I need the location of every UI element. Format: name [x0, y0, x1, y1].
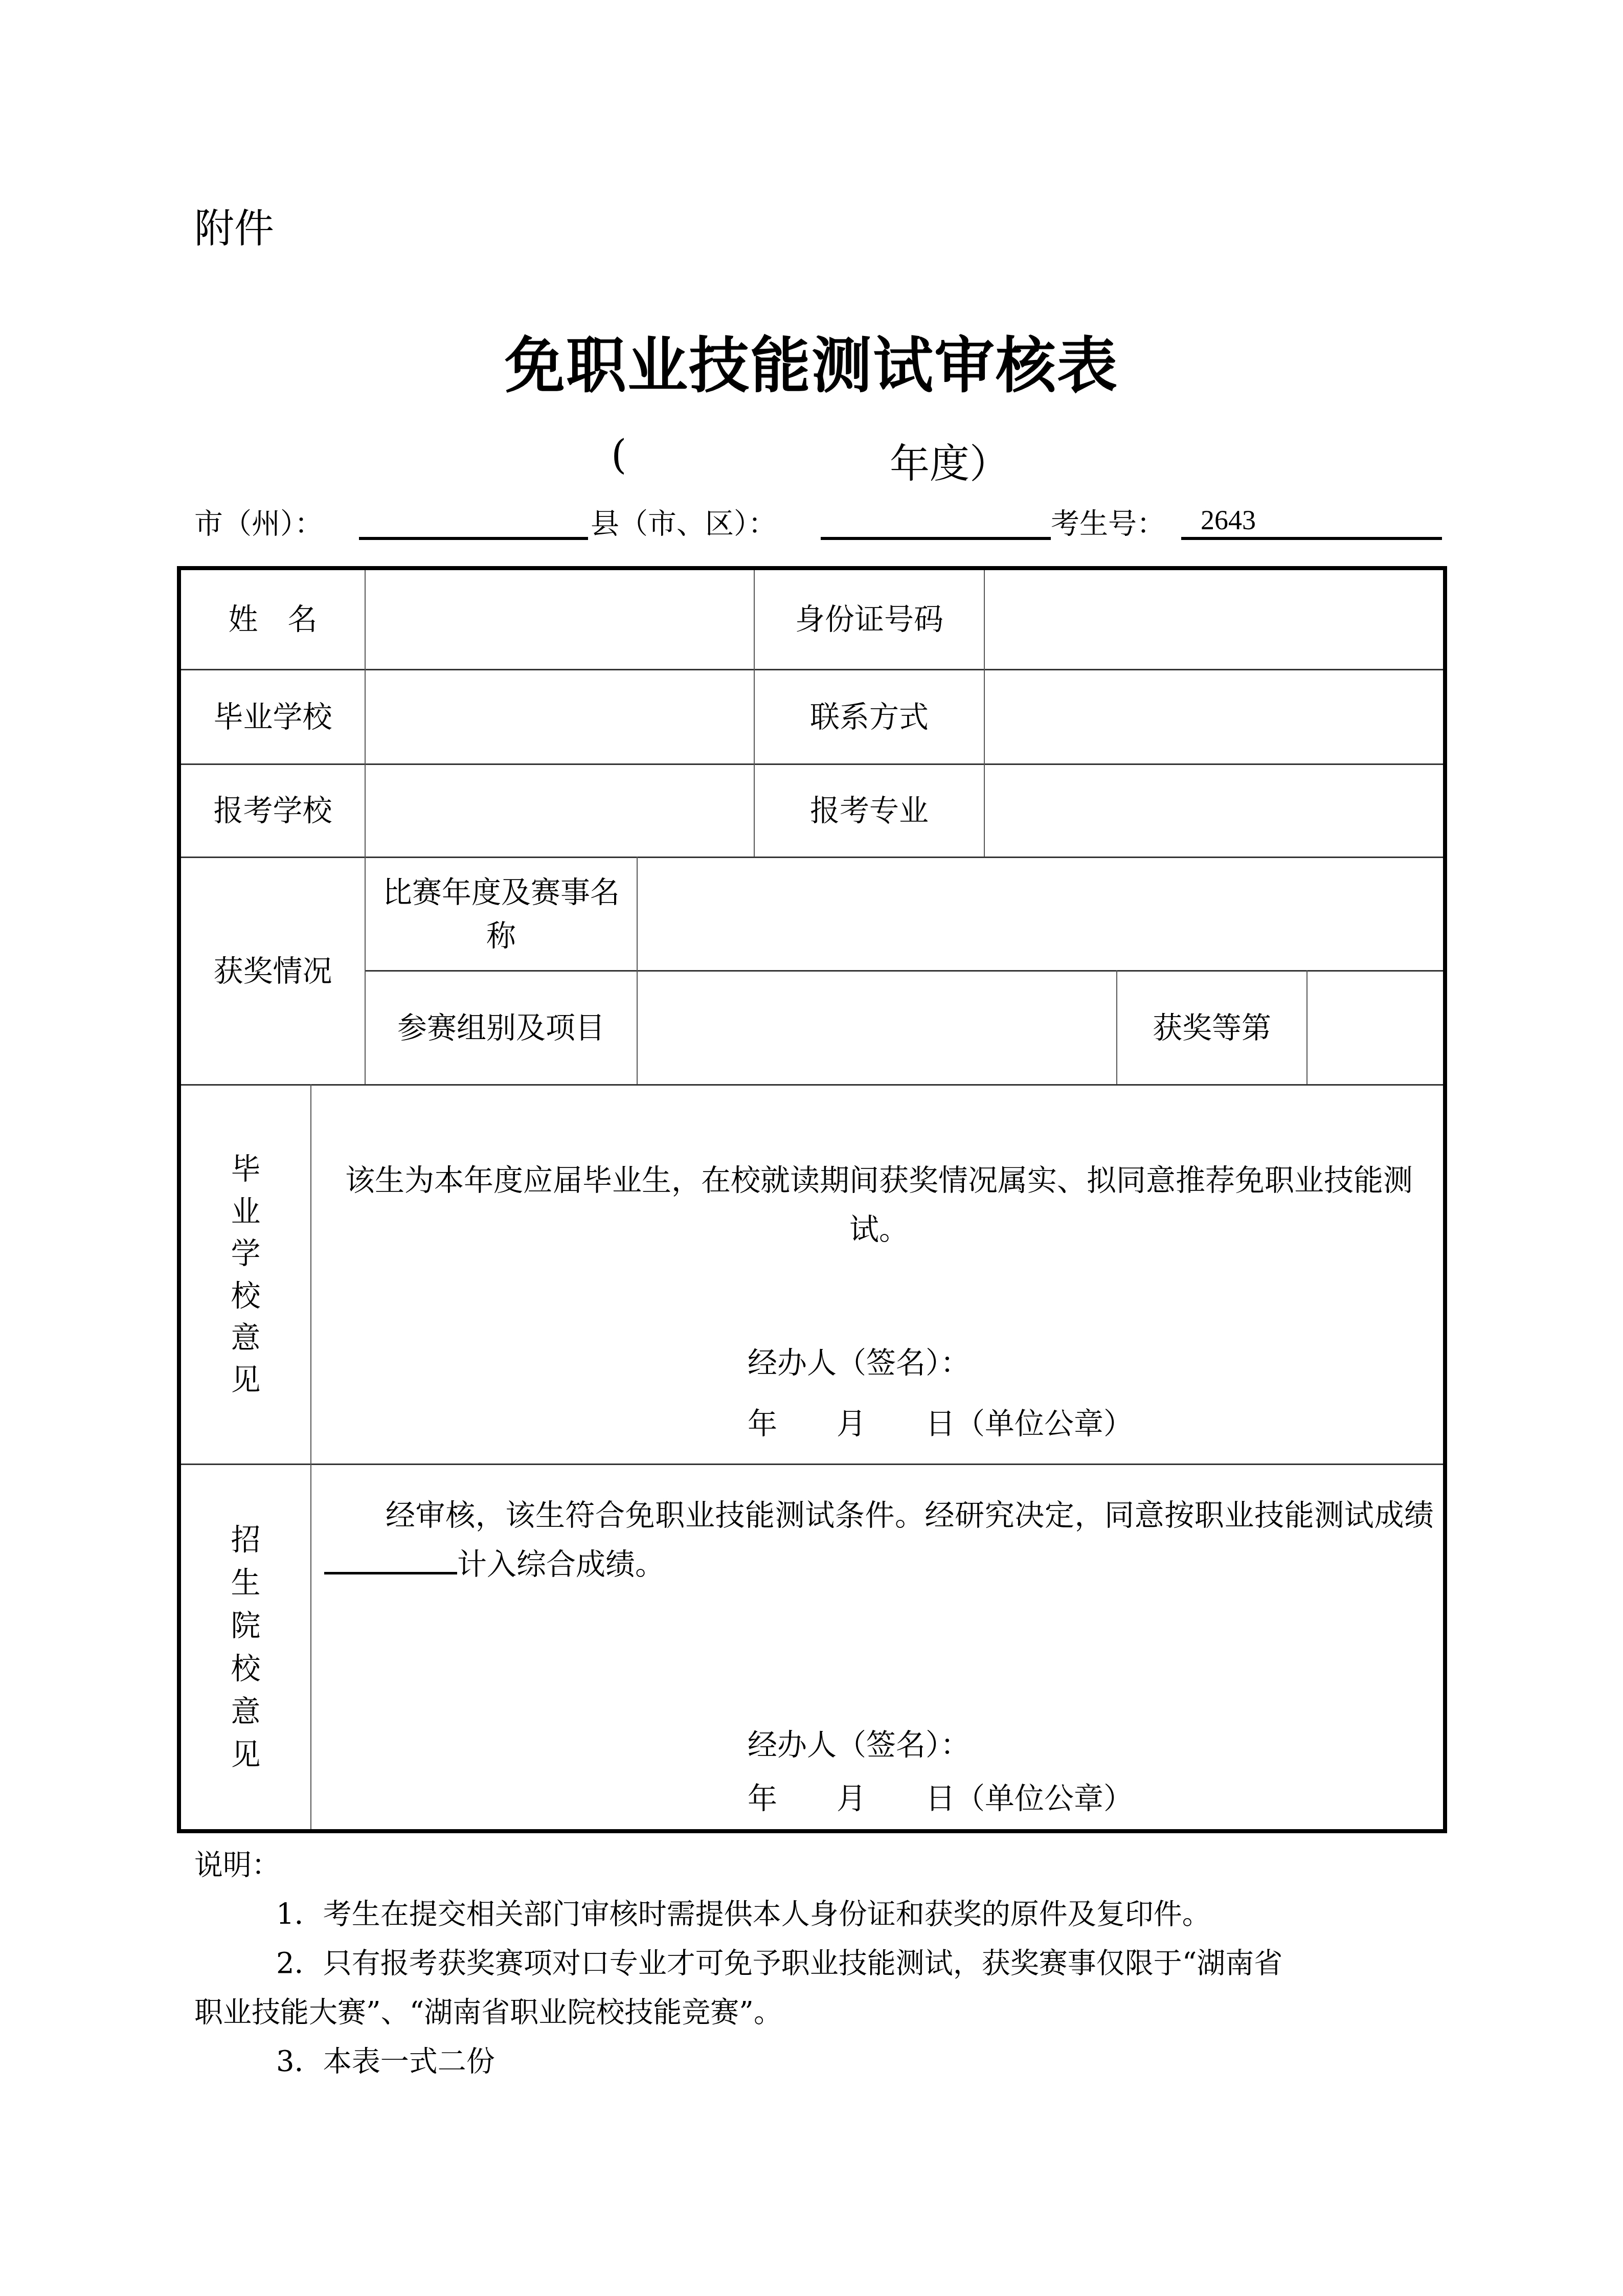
label-char: 生	[231, 1561, 260, 1604]
college-date-line: 年 月 日（单位公章）	[748, 1774, 1133, 1817]
school-date-line: 年 月 日（单位公章）	[748, 1400, 1133, 1443]
notes-section: 说明： 1．考生在提交相关部门审核时需提供本人身份证和获奖的原件及复印件。 2．…	[194, 1841, 1282, 2086]
id-number-input[interactable]	[985, 570, 1443, 669]
label-char: 校	[231, 1275, 260, 1317]
label-char: 学	[231, 1232, 260, 1274]
col-divider	[310, 1084, 311, 1829]
contact-label: 联系方式	[755, 670, 984, 763]
label-char: 意	[231, 1317, 260, 1359]
school-opinion-label: 毕 业 学 校 意 见	[181, 1086, 310, 1464]
competition-input[interactable]	[638, 858, 1443, 970]
id-number-label: 身份证号码	[755, 570, 984, 669]
score-blank[interactable]	[324, 1543, 457, 1574]
page-title: 免职业技能测试审核表	[0, 317, 1623, 404]
graduation-school-input[interactable]	[366, 670, 754, 763]
county-label: 县（市、区）：	[591, 506, 777, 542]
name-input[interactable]	[366, 570, 754, 669]
school-opinion-text: 该生为本年度应届毕业生，在校就读期间获奖情况属实、拟同意推荐免职业技能测试。	[324, 1156, 1434, 1254]
name-label: 姓 名	[181, 570, 365, 669]
label-char: 意	[231, 1690, 260, 1733]
exam-no-field[interactable]: 2643	[1181, 537, 1442, 540]
applied-major-label: 报考专业	[755, 765, 984, 857]
award-section-label: 获奖情况	[181, 858, 365, 1084]
award-rank-input[interactable]	[1308, 972, 1443, 1084]
award-rank-label: 获奖等第	[1117, 972, 1306, 1084]
label-char: 院	[231, 1604, 260, 1647]
college-opinion-text-part2: 计入综合成绩。	[457, 1547, 665, 1582]
note-item-continuation: 职业技能大赛”、“湖南省职业院校技能竞赛”。	[194, 1988, 1282, 2037]
label-char: 招	[231, 1518, 260, 1561]
label-char: 毕	[231, 1148, 260, 1190]
year-label: 年度）	[890, 432, 1009, 489]
graduation-school-label: 毕业学校	[181, 670, 365, 763]
group-input[interactable]	[638, 972, 1116, 1084]
applied-major-input[interactable]	[985, 765, 1443, 857]
row-divider	[181, 1084, 1443, 1086]
review-form-table: 姓 名 身份证号码 毕业学校 联系方式 报考学校 报考专业 获奖情况 比赛年度及…	[177, 566, 1447, 1833]
year-open-paren: (	[611, 432, 626, 478]
college-opinion-label: 招 生 院 校 意 见	[181, 1465, 310, 1829]
exam-no-label: 考生号：	[1051, 506, 1165, 542]
note-item: 1．考生在提交相关部门审核时需提供本人身份证和获奖的原件及复印件。	[194, 1890, 1282, 1939]
county-field[interactable]	[821, 537, 1051, 540]
note-item: 2．只有报考获奖赛项对口专业才可免予职业技能测试，获奖赛事仅限于“湖南省	[194, 1939, 1282, 1988]
competition-label: 比赛年度及赛事名称	[366, 858, 637, 970]
applied-school-label: 报考学校	[181, 765, 365, 857]
city-field[interactable]	[359, 537, 588, 540]
city-label: 市（州）：	[194, 506, 323, 542]
contact-input[interactable]	[985, 670, 1443, 763]
notes-heading: 说明：	[194, 1841, 1282, 1890]
applied-school-input[interactable]	[366, 765, 754, 857]
college-signer-label: 经办人（签名）：	[748, 1721, 970, 1764]
label-char: 业	[231, 1190, 260, 1232]
college-opinion-text-part1: 经审核，该生符合免职业技能测试条件。经研究决定，同意按职业技能测试成绩	[386, 1498, 1434, 1533]
label-char: 见	[231, 1733, 260, 1776]
row-divider	[181, 1464, 1443, 1465]
attachment-label: 附件	[194, 197, 274, 254]
school-signer-label: 经办人（签名）：	[748, 1339, 970, 1382]
label-char: 见	[231, 1359, 260, 1401]
group-label: 参赛组别及项目	[366, 972, 637, 1084]
label-char: 校	[231, 1647, 260, 1690]
exam-no-value: 2643	[1201, 504, 1256, 536]
college-opinion-text: 经审核，该生符合免职业技能测试条件。经研究决定，同意按职业技能测试成绩计入综合成…	[324, 1491, 1434, 1589]
note-item: 3．本表一式二份	[194, 2037, 1282, 2086]
